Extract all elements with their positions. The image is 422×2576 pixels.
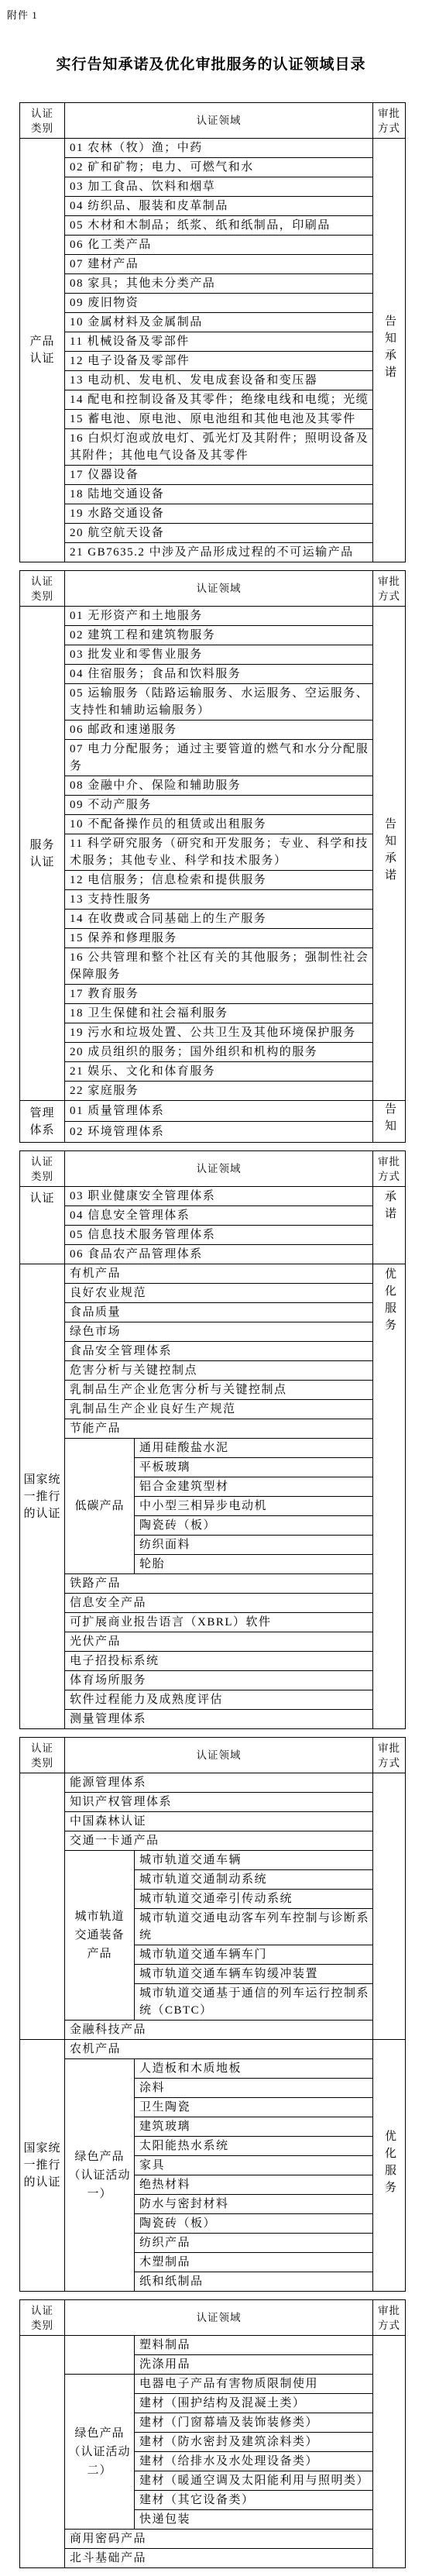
domain-cell: 防水与密封材料 [135, 2195, 373, 2214]
approval-cell: 优化服务 [373, 2040, 406, 2292]
domain-cell: 21 娱乐、文化和体育服务 [65, 1062, 373, 1082]
table-row: 金融科技产品 [20, 2021, 406, 2040]
domain-cell: 01 无形资产和土地服务 [65, 607, 373, 626]
table-row: 乳制品生产企业良好生产规范 [20, 1400, 406, 1419]
approval-cell: 告知承诺 [373, 607, 406, 1101]
domain-cell: 16 白炽灯泡或放电灯、弧光灯及其附件；照明设备及其附件；其他电气设备及其零件 [65, 429, 373, 466]
domain-cell: 农机产品 [65, 2040, 373, 2059]
domain-cell: 10 不配备操作员的租赁或出租服务 [65, 815, 373, 834]
table-row: 06 邮政和速递服务 [20, 721, 406, 740]
table-header-row: 认证 类别认证领域审批 方式 [20, 571, 406, 607]
table-row: 良好农业规范 [20, 1284, 406, 1303]
approval-text: 告知承诺 [383, 817, 395, 886]
table-row: 20 航空航天设备 [20, 524, 406, 543]
domain-cell: 02 环境管理体系 [65, 1122, 373, 1143]
domain-cell: 城市轨道交通车辆车钩缓冲装置 [135, 1965, 373, 1984]
domain-cell: 中小型三相异步电动机 [135, 1497, 373, 1516]
table-row: 绿色产品 （认证活动 一）人造板和木质地板 [20, 2059, 406, 2079]
domain-cell: 建筑玻璃 [135, 2117, 373, 2137]
domain-cell: 06 邮政和速递服务 [65, 721, 373, 740]
certification-table-1: 认证 类别认证领域审批 方式产品 认证01 农林（牧）渔；中药告知承诺02 矿和… [19, 102, 406, 562]
domain-cell: 信息安全产品 [65, 1594, 373, 1613]
domain-cell: 铁路产品 [65, 1574, 373, 1594]
domain-cell: 陶瓷砖（板） [135, 1516, 373, 1536]
approval-cell: 告知 [373, 1101, 406, 1143]
table-header-row: 认证 类别认证领域审批 方式 [20, 1151, 406, 1187]
header-category: 认证 类别 [20, 2300, 65, 2336]
table-row: 05 木材和木制品；纸浆、纸和纸制品，印刷品 [20, 216, 406, 236]
approval-cell [373, 2336, 406, 2568]
category-cell: 国家统 一推行 的认证 [20, 1264, 65, 1729]
header-approval: 审批 方式 [373, 571, 406, 607]
header-category: 认证 类别 [20, 1738, 65, 1773]
domain-cell: 03 加工食品、饮料和烟草 [65, 177, 373, 197]
domain-cell: 平板玻璃 [135, 1458, 373, 1477]
domain-cell: 卫生陶瓷 [135, 2098, 373, 2117]
table-row: 节能产品 [20, 1419, 406, 1439]
domain-cell: 测量管理体系 [65, 1710, 373, 1729]
subcategory-cell [65, 2336, 135, 2375]
table-row: 17 仪器设备 [20, 466, 406, 485]
table-row: 06 化工类产品 [20, 236, 406, 255]
header-domain: 认证领域 [65, 2300, 373, 2336]
domain-cell: 纺织面料 [135, 1536, 373, 1555]
domain-cell: 18 卫生保健和社会福利服务 [65, 1004, 373, 1023]
domain-cell: 04 信息安全管理体系 [65, 1206, 373, 1226]
table-row: 04 住宿服务；食品和饮料服务 [20, 665, 406, 684]
domain-cell: 电子招投标系统 [65, 1652, 373, 1671]
domain-cell: 13 电动机、发电机、发电成套设备和变压器 [65, 371, 373, 390]
domain-cell: 光伏产品 [65, 1632, 373, 1652]
table-row: 03 批发业和零售业服务 [20, 645, 406, 665]
domain-cell: 体育场所服务 [65, 1671, 373, 1690]
table-row: 软件过程能力及成熟度评估 [20, 1690, 406, 1710]
certification-table-3: 认证 类别认证领域审批 方式认证03 职业健康安全管理体系承诺04 信息安全管理… [19, 1150, 406, 1729]
domain-cell: 04 住宿服务；食品和饮料服务 [65, 665, 373, 684]
domain-cell: 03 批发业和零售业服务 [65, 645, 373, 665]
table-row: 12 电信服务；信息检索和提供服务 [20, 871, 406, 890]
domain-cell: 06 食品农产品管理体系 [65, 1245, 373, 1264]
table-row: 管理 体系01 质量管理体系告知 [20, 1101, 406, 1122]
domain-cell: 13 支持性服务 [65, 890, 373, 910]
header-domain: 认证领域 [65, 1151, 373, 1187]
category-cell: 认证 [20, 1187, 65, 1264]
domain-cell: 建材（围护结构及混凝土类） [135, 2394, 373, 2413]
domain-cell: 02 矿和矿物；电力、可燃气和水 [65, 158, 373, 177]
domain-cell: 19 水路交通设备 [65, 504, 373, 524]
table-row: 03 加工食品、饮料和烟草 [20, 177, 406, 197]
domain-cell: 15 保养和修理服务 [65, 929, 373, 948]
domain-cell: 城市轨道交通车辆 [135, 1851, 373, 1870]
table-row: 12 电子设备及零部件 [20, 352, 406, 371]
domain-cell: 建材（其它设备类） [135, 2491, 373, 2510]
table-header-row: 认证 类别认证领域审批 方式 [20, 2300, 406, 2336]
table-row: 06 食品农产品管理体系 [20, 1245, 406, 1264]
domain-cell: 绿色市场 [65, 1322, 373, 1342]
table-row: 北斗基础产品 [20, 2549, 406, 2568]
table-header-row: 认证 类别认证领域审批 方式 [20, 103, 406, 139]
domain-cell: 塑料制品 [135, 2336, 373, 2355]
table-row: 食品安全管理体系 [20, 1342, 406, 1361]
domain-cell: 陶瓷砖（板） [135, 2214, 373, 2234]
subcategory-cell: 绿色产品 （认证活动 一） [65, 2059, 135, 2292]
table-row: 光伏产品 [20, 1632, 406, 1652]
domain-cell: 良好农业规范 [65, 1284, 373, 1303]
domain-cell: 洗涤用品 [135, 2355, 373, 2375]
domain-cell: 城市轨道交通制动系统 [135, 1870, 373, 1890]
category-cell: 服务 认证 [20, 607, 65, 1101]
domain-cell: 人造板和木质地板 [135, 2059, 373, 2079]
domain-cell: 20 航空航天设备 [65, 524, 373, 543]
domain-cell: 21 GB7635.2 中涉及产品形成过程的不可运输产品 [65, 543, 373, 562]
domain-cell: 08 金融中介、保险和辅助服务 [65, 776, 373, 796]
table-row: 18 卫生保健和社会福利服务 [20, 1004, 406, 1023]
table-row: 15 蓄电池、原电池、原电池组和其他电池及其零件 [20, 410, 406, 429]
domain-cell: 危害分析与关键控制点 [65, 1361, 373, 1381]
domain-cell: 02 建筑工程和建筑物服务 [65, 626, 373, 645]
table-row: 塑料制品 [20, 2336, 406, 2355]
table-row: 14 配电和控制设备及其零件；绝缘电线和电缆；光缆 [20, 390, 406, 410]
domain-cell: 城市轨道交通车辆车门 [135, 1945, 373, 1965]
subcategory-cell: 绿色产品 （认证活动 二） [65, 2375, 135, 2530]
domain-cell: 18 陆地交通设备 [65, 485, 373, 504]
table-row: 测量管理体系 [20, 1710, 406, 1729]
domain-cell: 乳制品生产企业良好生产规范 [65, 1400, 373, 1419]
table-row: 危害分析与关键控制点 [20, 1361, 406, 1381]
table-row: 国家统 一推行 的认证有机产品优化服务 [20, 1264, 406, 1284]
table-row: 认证03 职业健康安全管理体系承诺 [20, 1187, 406, 1206]
domain-cell: 城市轨道交通牵引传动系统 [135, 1890, 373, 1909]
table-row: 07 电力分配服务；通过主要管道的燃气和水分分配服务 [20, 740, 406, 776]
table-row: 商用密码产品 [20, 2530, 406, 2549]
table-row: 中国森林认证 [20, 1812, 406, 1831]
domain-cell: 05 木材和木制品；纸浆、纸和纸制品，印刷品 [65, 216, 373, 236]
header-approval: 审批 方式 [373, 1738, 406, 1773]
domain-cell: 城市轨道交通基于通信的列车运行控制系统（CBTC） [135, 1984, 373, 2021]
domain-cell: 05 运输服务（陆路运输服务、水运服务、空运服务、支持性和辅助运输服务） [65, 684, 373, 721]
table-row: 信息安全产品 [20, 1594, 406, 1613]
table-row: 能源管理体系 [20, 1773, 406, 1793]
domain-cell: 11 机械设备及零部件 [65, 332, 373, 352]
domain-cell: 11 科学研究服务（研究和开发服务；专业、科学和技术服务；其他专业、科学和技术服… [65, 834, 373, 871]
table-row: 绿色产品 （认证活动 二）电器电子产品有害物质限制使用 [20, 2375, 406, 2394]
table-row: 09 不动产服务 [20, 796, 406, 815]
domain-cell: 能源管理体系 [65, 1773, 373, 1793]
domain-cell: 太阳能热水系统 [135, 2137, 373, 2156]
domain-cell: 05 信息技术服务管理体系 [65, 1226, 373, 1245]
table-header-row: 认证 类别认证领域审批 方式 [20, 1738, 406, 1773]
domain-cell: 北斗基础产品 [65, 2549, 373, 2568]
category-cell: 管理 体系 [20, 1101, 65, 1143]
table-row: 04 纺织品、服装和皮革制品 [20, 197, 406, 216]
certification-table-5: 认证 类别认证领域审批 方式塑料制品洗涤用品绿色产品 （认证活动 二）电器电子产… [19, 2299, 406, 2568]
subcategory-cell: 低碳产品 [65, 1439, 135, 1574]
domain-cell: 木塑制品 [135, 2253, 373, 2272]
table-row: 城市轨道 交通装备 产品城市轨道交通车辆 [20, 1851, 406, 1870]
approval-text: 优化服务 [383, 2130, 395, 2198]
table-row: 02 建筑工程和建筑物服务 [20, 626, 406, 645]
table-row: 04 信息安全管理体系 [20, 1206, 406, 1226]
table-row: 可扩展商业报告语言（XBRL）软件 [20, 1613, 406, 1632]
table-row: 18 陆地交通设备 [20, 485, 406, 504]
domain-cell: 06 化工类产品 [65, 236, 373, 255]
domain-cell: 09 不动产服务 [65, 796, 373, 815]
domain-cell: 10 金属材料及金属制品 [65, 313, 373, 332]
table-row: 10 金属材料及金属制品 [20, 313, 406, 332]
domain-cell: 09 废旧物资 [65, 294, 373, 313]
domain-cell: 食品安全管理体系 [65, 1342, 373, 1361]
domain-cell: 纸和纸制品 [135, 2272, 373, 2292]
domain-cell: 07 电力分配服务；通过主要管道的燃气和水分分配服务 [65, 740, 373, 776]
certification-table-2: 认证 类别认证领域审批 方式服务 认证01 无形资产和土地服务告知承诺02 建筑… [19, 570, 406, 1143]
domain-cell: 建材（暖通空调及太阳能利用与照明类） [135, 2471, 373, 2491]
header-domain: 认证领域 [65, 103, 373, 139]
domain-cell: 通用硅酸盐水泥 [135, 1439, 373, 1458]
domain-cell: 节能产品 [65, 1419, 373, 1439]
domain-cell: 14 在收费或合同基础上的生产服务 [65, 910, 373, 929]
domain-cell: 交通一卡通产品 [65, 1831, 373, 1851]
category-cell: 产品 认证 [20, 139, 65, 562]
domain-cell: 01 农林（牧）渔；中药 [65, 139, 373, 158]
table-row: 16 白炽灯泡或放电灯、弧光灯及其附件；照明设备及其附件；其他电气设备及其零件 [20, 429, 406, 466]
tables-container: 认证 类别认证领域审批 方式产品 认证01 农林（牧）渔；中药告知承诺02 矿和… [19, 102, 405, 2568]
table-row: 知识产权管理体系 [20, 1793, 406, 1812]
table-row: 17 教育服务 [20, 985, 406, 1004]
table-row: 20 成员组织的服务；国外组织和机构的服务 [20, 1043, 406, 1062]
category-cell [20, 1773, 65, 2040]
table-row: 05 运输服务（陆路运输服务、水运服务、空运服务、支持性和辅助运输服务） [20, 684, 406, 721]
table-row: 21 娱乐、文化和体育服务 [20, 1062, 406, 1082]
approval-cell: 告知承诺 [373, 139, 406, 562]
domain-cell: 有机产品 [65, 1264, 373, 1284]
domain-cell: 12 电子设备及零部件 [65, 352, 373, 371]
table-row: 11 机械设备及零部件 [20, 332, 406, 352]
table-row: 19 污水和垃圾处置、公共卫生及其他环境保护服务 [20, 1023, 406, 1043]
header-category: 认证 类别 [20, 1151, 65, 1187]
table-row: 05 信息技术服务管理体系 [20, 1226, 406, 1245]
table-row: 13 支持性服务 [20, 890, 406, 910]
table-row: 14 在收费或合同基础上的生产服务 [20, 910, 406, 929]
domain-cell: 19 污水和垃圾处置、公共卫生及其他环境保护服务 [65, 1023, 373, 1043]
domain-cell: 17 仪器设备 [65, 466, 373, 485]
certification-table-4: 认证 类别认证领域审批 方式能源管理体系知识产权管理体系中国森林认证交通一卡通产… [19, 1737, 406, 2292]
domain-cell: 涂料 [135, 2079, 373, 2098]
domain-cell: 建材（给排水及水处理设备类） [135, 2452, 373, 2471]
domain-cell: 08 家具；其他未分类产品 [65, 274, 373, 294]
table-row: 16 公共管理和整个社区有关的其他服务；强制性社会保障服务 [20, 948, 406, 985]
domain-cell: 中国森林认证 [65, 1812, 373, 1831]
table-row: 22 家庭服务 [20, 1082, 406, 1101]
approval-text: 告知承诺 [383, 315, 395, 383]
table-row: 服务 认证01 无形资产和土地服务告知承诺 [20, 607, 406, 626]
table-row: 13 电动机、发电机、发电成套设备和变压器 [20, 371, 406, 390]
domain-cell: 城市轨道交通电动客车列车控制与诊断系统 [135, 1909, 373, 1945]
subcategory-cell: 城市轨道 交通装备 产品 [65, 1851, 135, 2021]
table-row: 产品 认证01 农林（牧）渔；中药告知承诺 [20, 139, 406, 158]
table-row: 02 矿和矿物；电力、可燃气和水 [20, 158, 406, 177]
table-row: 铁路产品 [20, 1574, 406, 1594]
header-approval: 审批 方式 [373, 103, 406, 139]
table-row: 11 科学研究服务（研究和开发服务；专业、科学和技术服务；其他专业、科学和技术服… [20, 834, 406, 871]
domain-cell: 17 教育服务 [65, 985, 373, 1004]
approval-cell: 承诺 [373, 1187, 406, 1264]
domain-cell: 商用密码产品 [65, 2530, 373, 2549]
domain-cell: 07 建材产品 [65, 255, 373, 274]
domain-cell: 22 家庭服务 [65, 1082, 373, 1101]
header-approval: 审批 方式 [373, 1151, 406, 1187]
header-approval: 审批 方式 [373, 2300, 406, 2336]
approval-cell: 优化服务 [373, 1264, 406, 1729]
header-domain: 认证领域 [65, 1738, 373, 1773]
domain-cell: 金融科技产品 [65, 2021, 373, 2040]
approval-text: 告知 [383, 1102, 395, 1137]
table-row: 电子招投标系统 [20, 1652, 406, 1671]
table-row: 09 废旧物资 [20, 294, 406, 313]
approval-text: 承诺 [383, 1190, 395, 1224]
category-cell [20, 2336, 65, 2568]
domain-cell: 绝热材料 [135, 2175, 373, 2195]
domain-cell: 04 纺织品、服装和皮革制品 [65, 197, 373, 216]
table-row: 绿色市场 [20, 1322, 406, 1342]
domain-cell: 01 质量管理体系 [65, 1101, 373, 1122]
domain-cell: 食品质量 [65, 1303, 373, 1322]
domain-cell: 14 配电和控制设备及其零件；绝缘电线和电缆；光缆 [65, 390, 373, 410]
domain-cell: 知识产权管理体系 [65, 1793, 373, 1812]
table-row: 08 金融中介、保险和辅助服务 [20, 776, 406, 796]
domain-cell: 15 蓄电池、原电池、原电池组和其他电池及其零件 [65, 410, 373, 429]
table-row: 10 不配备操作员的租赁或出租服务 [20, 815, 406, 834]
table-row: 乳制品生产企业危害分析与关键控制点 [20, 1381, 406, 1400]
domain-cell: 03 职业健康安全管理体系 [65, 1187, 373, 1206]
table-row: 交通一卡通产品 [20, 1831, 406, 1851]
category-cell: 国家统 一推行 的认证 [20, 2040, 65, 2292]
table-row: 19 水路交通设备 [20, 504, 406, 524]
approval-text: 优化服务 [383, 1267, 395, 1336]
domain-cell: 建材（门窗幕墙及装饰装修类） [135, 2413, 373, 2433]
domain-cell: 电器电子产品有害物质限制使用 [135, 2375, 373, 2394]
domain-cell: 纺织产品 [135, 2234, 373, 2253]
table-row: 国家统 一推行 的认证农机产品优化服务 [20, 2040, 406, 2059]
document-title: 实行告知承诺及优化审批服务的认证领域目录 [0, 53, 422, 74]
domain-cell: 乳制品生产企业危害分析与关键控制点 [65, 1381, 373, 1400]
table-row: 02 环境管理体系 [20, 1122, 406, 1143]
domain-cell: 铝合金建筑型材 [135, 1477, 373, 1497]
approval-cell [373, 1773, 406, 2040]
table-row: 21 GB7635.2 中涉及产品形成过程的不可运输产品 [20, 543, 406, 562]
domain-cell: 快递包装 [135, 2510, 373, 2530]
table-row: 低碳产品通用硅酸盐水泥 [20, 1439, 406, 1458]
table-row: 07 建材产品 [20, 255, 406, 274]
domain-cell: 软件过程能力及成熟度评估 [65, 1690, 373, 1710]
header-category: 认证 类别 [20, 103, 65, 139]
table-row: 08 家具；其他未分类产品 [20, 274, 406, 294]
table-row: 食品质量 [20, 1303, 406, 1322]
domain-cell: 可扩展商业报告语言（XBRL）软件 [65, 1613, 373, 1632]
attachment-label: 附件 1 [0, 0, 422, 22]
table-row: 15 保养和修理服务 [20, 929, 406, 948]
domain-cell: 轮胎 [135, 1555, 373, 1574]
header-domain: 认证领域 [65, 571, 373, 607]
table-row: 体育场所服务 [20, 1671, 406, 1690]
domain-cell: 16 公共管理和整个社区有关的其他服务；强制性社会保障服务 [65, 948, 373, 985]
header-category: 认证 类别 [20, 571, 65, 607]
domain-cell: 建材（防水密封及建筑涂料类） [135, 2433, 373, 2452]
domain-cell: 12 电信服务；信息检索和提供服务 [65, 871, 373, 890]
domain-cell: 20 成员组织的服务；国外组织和机构的服务 [65, 1043, 373, 1062]
domain-cell: 家具 [135, 2156, 373, 2175]
